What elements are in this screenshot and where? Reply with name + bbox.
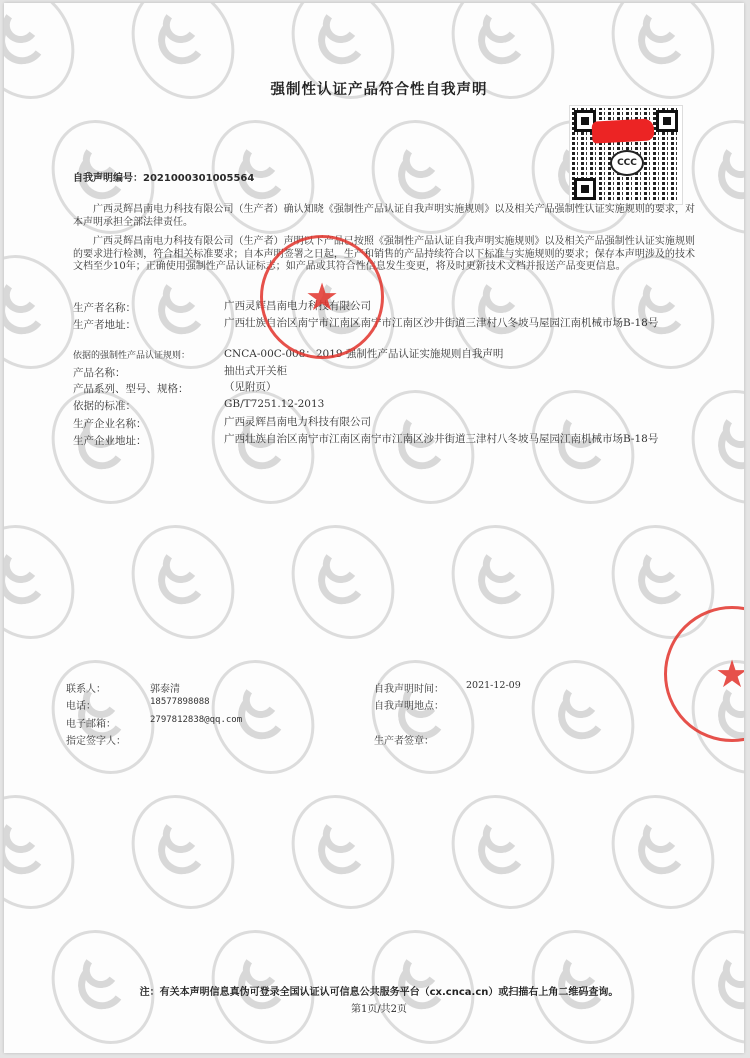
email-label: 电子邮箱： bbox=[66, 715, 116, 730]
declaration-place-label: 自我声明地点： bbox=[374, 697, 444, 712]
document-page: 强制性认证产品符合性自我声明 CCC 自我声明编号：20210003010055… bbox=[4, 3, 744, 1053]
ccc-watermark-icon bbox=[112, 777, 254, 927]
declaration-number-label: 自我声明编号： bbox=[73, 173, 143, 184]
qr-code[interactable]: CCC bbox=[570, 106, 682, 204]
ccc-watermark-icon bbox=[192, 372, 334, 522]
field-label: 产品系列、型号、规格： bbox=[73, 381, 189, 396]
ccc-watermark-icon bbox=[4, 777, 94, 927]
field-value: 广西壮族自治区南宁市江南区南宁市江南区沙井街道三津村八冬坡马屋园江南机械市场B-… bbox=[224, 433, 694, 446]
paragraph-acknowledgement: 广西灵辉昌南电力科技有限公司（生产者）确认知晓《强制性产品认证自我声明实施规则》… bbox=[73, 204, 695, 229]
page-number: 第1页/共2页 bbox=[4, 1000, 744, 1015]
field-label: 生产者名称： bbox=[73, 300, 136, 315]
ccc-watermark-icon bbox=[512, 372, 654, 522]
phone-label: 电话： bbox=[66, 697, 96, 712]
field-label: 生产企业地址： bbox=[73, 433, 147, 448]
field-label: 生产者地址： bbox=[73, 317, 136, 332]
ccc-watermark-icon bbox=[4, 3, 94, 117]
field-value: 广西灵辉昌南电力科技有限公司 bbox=[224, 416, 694, 429]
ccc-watermark-icon bbox=[352, 372, 494, 522]
field-label: 依据的标准： bbox=[73, 398, 136, 413]
ccc-watermark-icon bbox=[272, 3, 414, 117]
ccc-watermark-icon bbox=[4, 507, 94, 657]
contact-person-label: 联系人： bbox=[66, 680, 106, 695]
ccc-watermark-icon bbox=[352, 642, 494, 792]
ccc-watermark-icon bbox=[592, 3, 734, 117]
star-icon: ★ bbox=[305, 278, 339, 316]
ccc-logo-icon: CCC bbox=[610, 150, 644, 176]
ccc-watermark-icon bbox=[592, 777, 734, 927]
ccc-watermark-icon bbox=[272, 777, 414, 927]
field-value: 抽出式开关柜 bbox=[224, 365, 694, 378]
field-value: GB/T7251.12-2013 bbox=[224, 398, 694, 411]
field-label: 依据的强制性产品认证规则： bbox=[73, 348, 190, 361]
company-seal-stamp-signature: ★ bbox=[664, 606, 744, 742]
star-icon: ★ bbox=[715, 655, 744, 693]
ccc-watermark-icon bbox=[112, 507, 254, 657]
ccc-watermark-icon bbox=[432, 507, 574, 657]
ccc-watermark-icon bbox=[432, 777, 574, 927]
ccc-watermark-icon bbox=[352, 102, 494, 252]
declaration-number: 自我声明编号：2021000301005564 bbox=[73, 169, 254, 184]
declaration-time-value: 2021-12-09 bbox=[466, 680, 521, 691]
field-value: （见附页） bbox=[224, 381, 694, 394]
document-title: 强制性认证产品符合性自我声明 bbox=[4, 78, 744, 99]
ccc-watermark-icon bbox=[672, 102, 744, 252]
redaction-mark bbox=[591, 118, 654, 143]
ccc-watermark-icon bbox=[432, 3, 574, 117]
footer-note: 注：有关本声明信息真伪可登录全国认证认可信息公共服务平台（cx.cnca.cn）… bbox=[4, 983, 744, 998]
ccc-watermark-icon bbox=[112, 3, 254, 117]
ccc-watermark-icon bbox=[272, 507, 414, 657]
ccc-watermark-icon bbox=[512, 642, 654, 792]
contact-person-value: 郭泰清 bbox=[150, 680, 180, 695]
declaration-number-value: 2021000301005564 bbox=[143, 173, 254, 184]
qr-finder-icon bbox=[574, 178, 596, 200]
declaration-time-label: 自我声明时间： bbox=[374, 680, 444, 695]
phone-value: 18577898088 bbox=[150, 697, 210, 707]
ccc-watermark-icon bbox=[672, 372, 744, 522]
producer-seal-label: 生产者签章： bbox=[374, 732, 434, 747]
email-value: 2797812838@qq.com bbox=[150, 715, 242, 725]
field-label: 产品名称： bbox=[73, 365, 126, 380]
qr-finder-icon bbox=[656, 110, 678, 132]
signatory-label: 指定签字人： bbox=[66, 732, 126, 747]
company-seal-stamp: ★ bbox=[260, 235, 384, 359]
paragraph-declaration: 广西灵辉昌南电力科技有限公司（生产者）声明以下产品已按照《强制性产品认证自我声明… bbox=[73, 236, 695, 274]
field-label: 生产企业名称： bbox=[73, 416, 147, 431]
